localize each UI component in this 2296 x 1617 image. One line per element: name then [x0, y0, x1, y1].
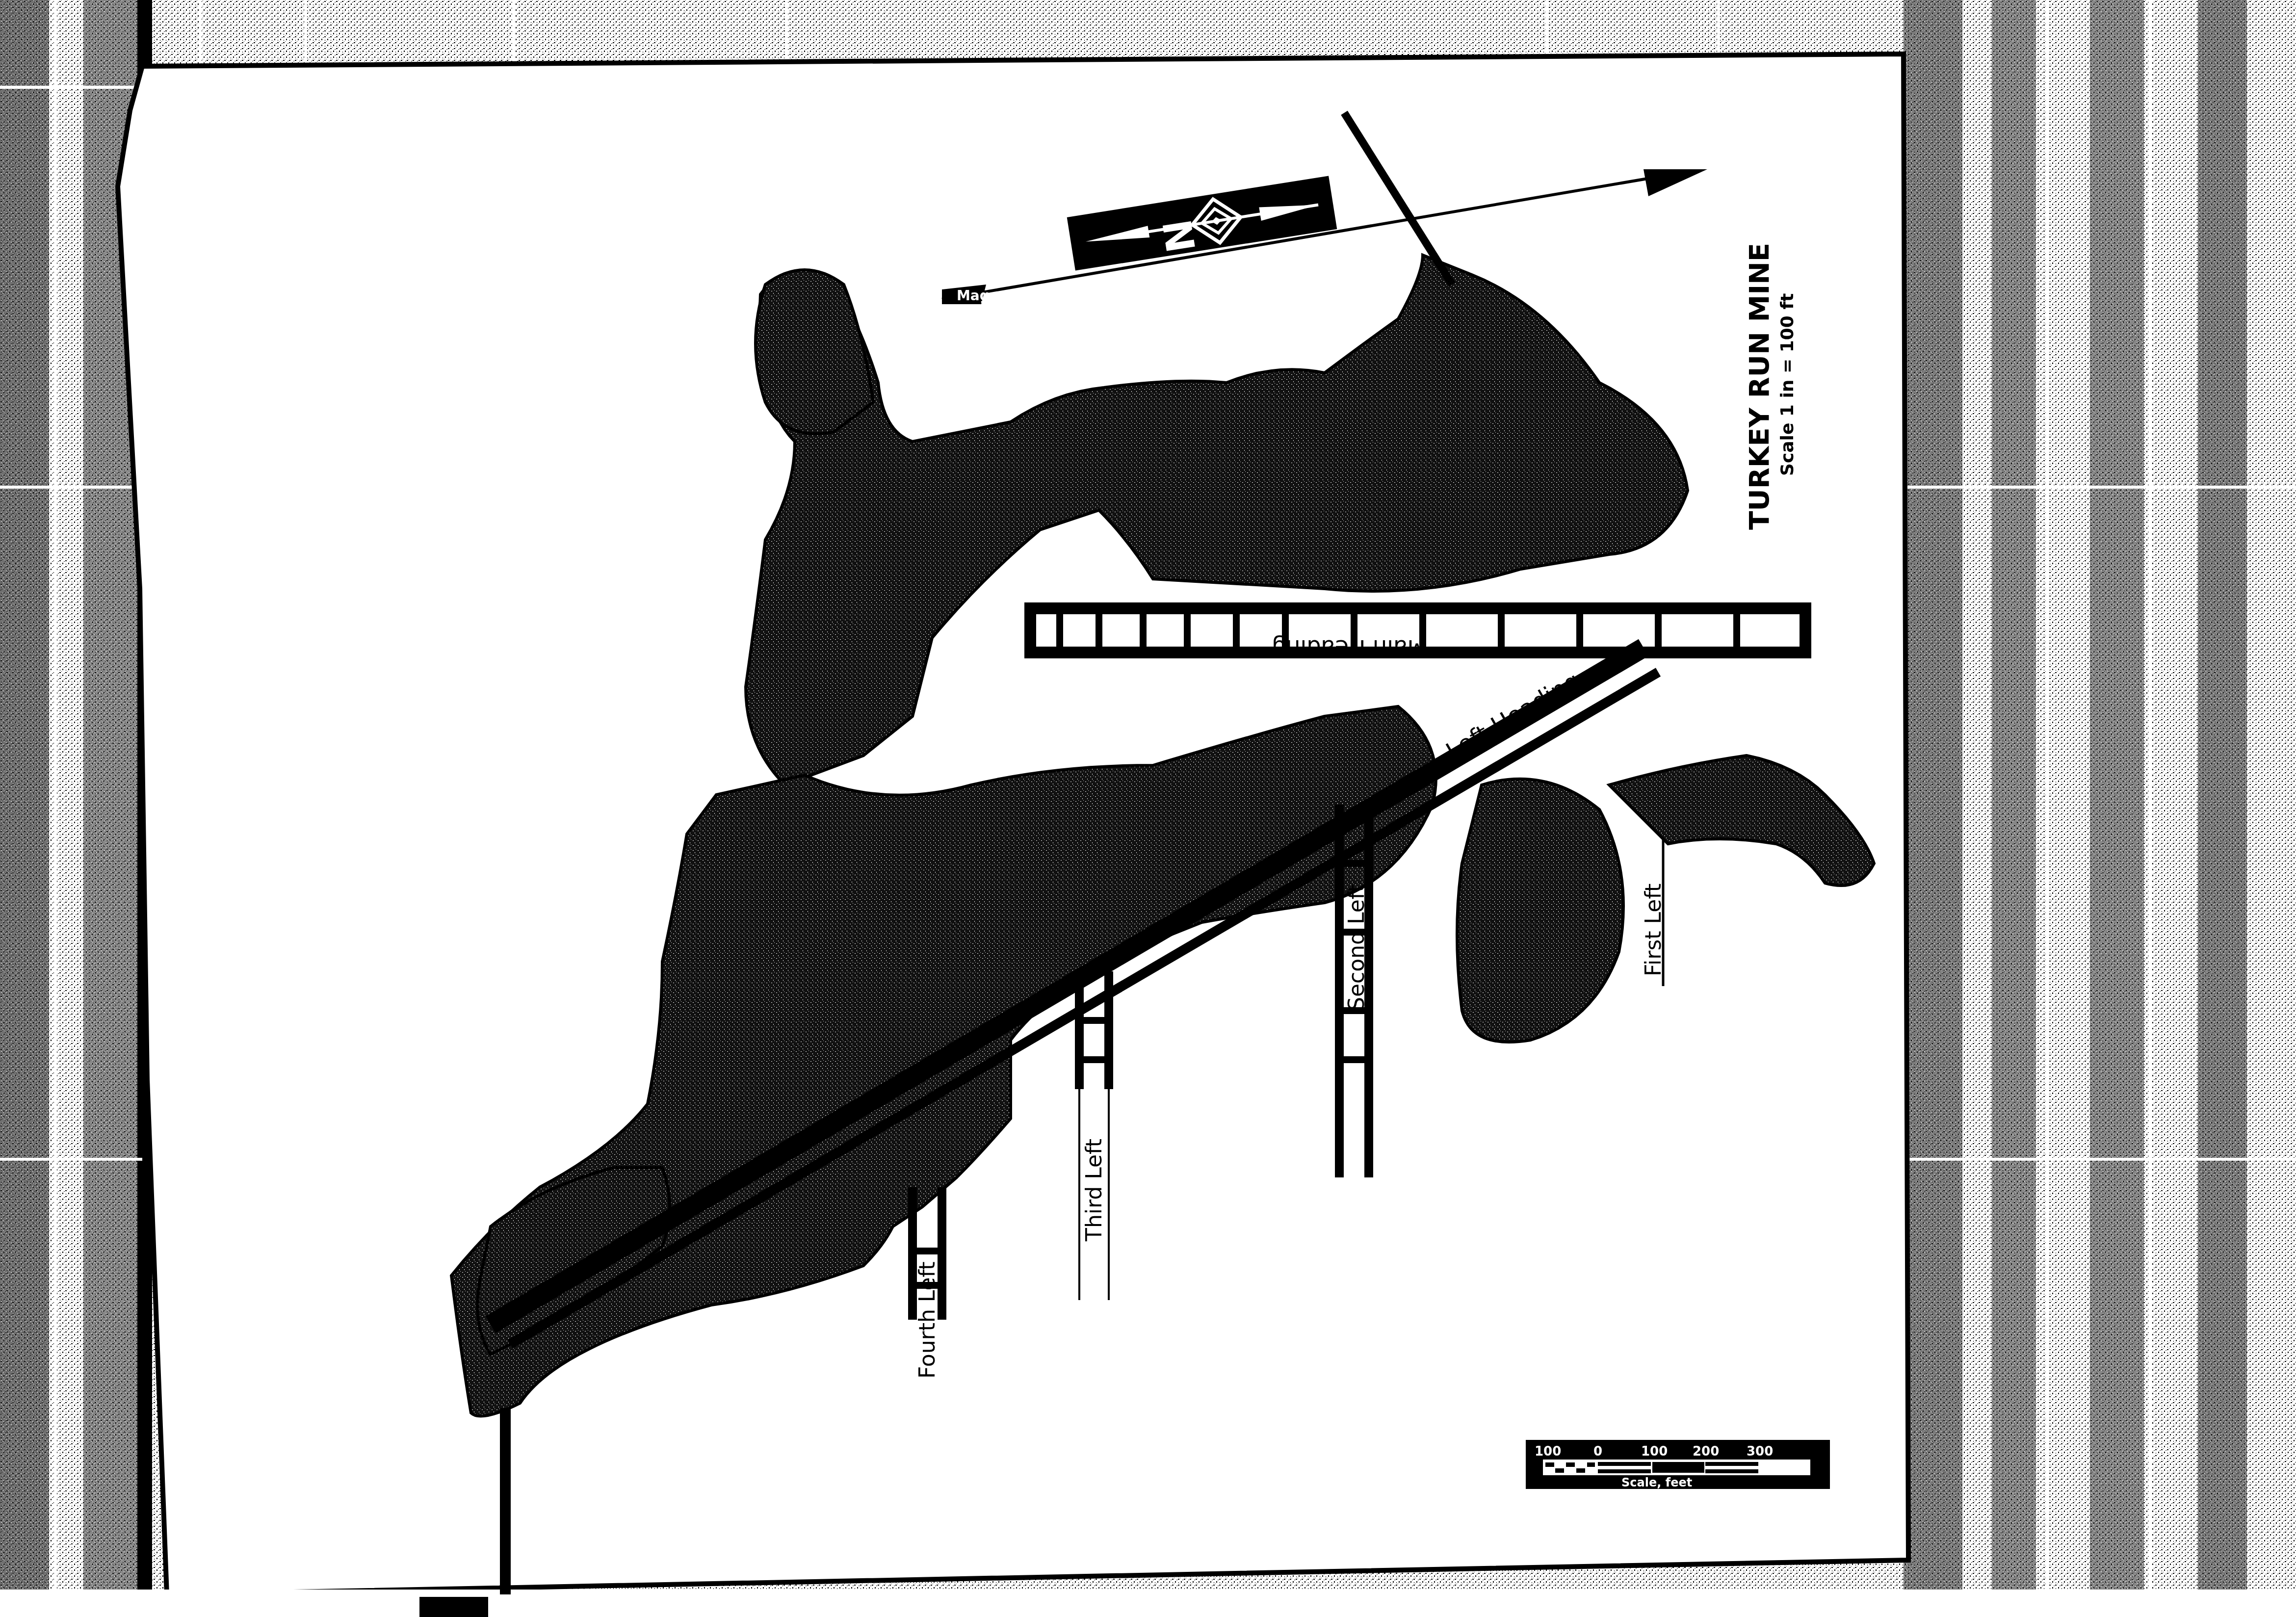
scale-caption: Scale, feet [1621, 1476, 1692, 1489]
label-main-heading: Main Heading [1272, 635, 1427, 661]
scale-tick-0: 100 [1535, 1444, 1561, 1459]
scale-tick-4: 300 [1747, 1444, 1773, 1459]
label-first-left: First Left [1641, 884, 1666, 976]
scale-bar: 100 0 100 200 300 Scale, feet [1526, 1440, 1830, 1489]
scale-note: Scale 1 in = 100 ft [1777, 293, 1798, 476]
label-third-left: Third Left [1082, 1139, 1107, 1242]
label-fourth-left: Fourth Left [915, 1261, 940, 1379]
scale-tick-2: 100 [1641, 1444, 1668, 1459]
meridian-tag: Mag. [957, 287, 994, 304]
map-title: TURKEY RUN MINE [1744, 243, 1775, 530]
archive-strip [0, 1590, 2296, 1617]
scale-tick-3: 200 [1693, 1444, 1719, 1459]
mine-map: Mag. N [0, 0, 2296, 1617]
label-second-left: Second Left [1344, 884, 1369, 1011]
scale-tick-1: 0 [1593, 1444, 1602, 1459]
main-heading-haulage: Main Heading [1030, 608, 1805, 661]
